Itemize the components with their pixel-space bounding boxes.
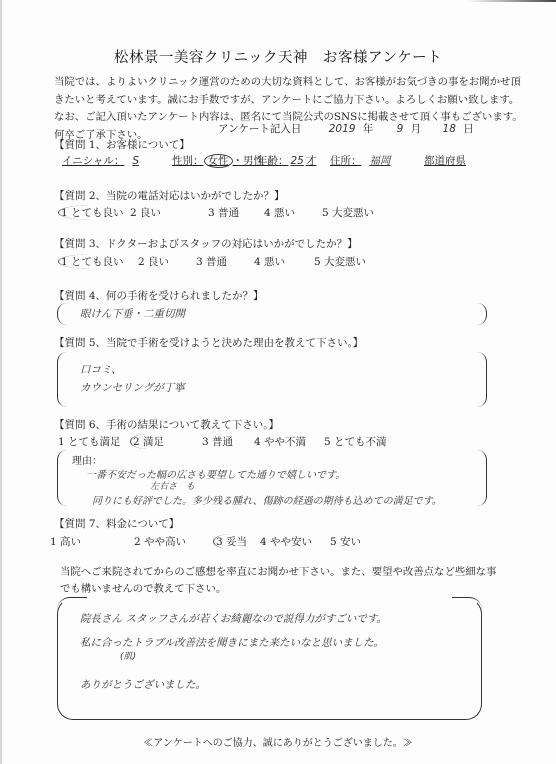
q6-reason-label: 理由： bbox=[72, 452, 102, 467]
q6-option-2[interactable]: 2 満足 bbox=[130, 434, 164, 449]
date-day: 18 bbox=[443, 123, 456, 135]
footer-thanks: ≪アンケートへのご協力、誠にありがとうございました。≫ bbox=[0, 734, 556, 749]
q6-option-1[interactable]: 1 とても満足 bbox=[58, 434, 121, 449]
feedback-box[interactable]: 院長さん スタッフさんが若くお綺麗なので説得力がすごいです。 私に合ったトラブル… bbox=[57, 598, 482, 720]
address-value: 福岡 bbox=[370, 155, 391, 167]
q7-option-3[interactable]: 3 妥当 bbox=[213, 534, 247, 549]
q2-option-3[interactable]: 3 普通 bbox=[208, 205, 239, 220]
q6-reason-line-1: 一番不安だった幅の広さも要望してた通りで嬉しいです。 bbox=[86, 466, 345, 481]
q4-answer: 眼けん下垂・二重切開 bbox=[80, 306, 185, 321]
q7-option-4[interactable]: 4 やや安い bbox=[260, 534, 312, 549]
address-field[interactable]: 住所：福岡 bbox=[330, 153, 391, 168]
day-unit: 日 bbox=[463, 123, 474, 135]
q5-answer-line-1: 口コミ、 bbox=[80, 362, 122, 377]
initial-field[interactable]: イニシャル：S bbox=[62, 153, 160, 168]
date-month: 9 bbox=[397, 123, 404, 135]
gender-field[interactable]: 性別：女性・男性 bbox=[172, 153, 264, 168]
q5-heading: 【質問 5、当院で手術を受けようと決めた理由を教えて下さい。】 bbox=[54, 335, 363, 350]
q6-option-5[interactable]: 5 とても不満 bbox=[324, 434, 387, 449]
q4-answer-box[interactable]: 眼けん下垂・二重切開 bbox=[57, 303, 487, 325]
year-unit: 年 bbox=[363, 123, 374, 135]
scan-edge bbox=[0, 0, 2, 764]
date-year: 2019 bbox=[329, 123, 356, 135]
survey-date: アンケート記入日 2019 年 9 月 18 日 bbox=[218, 121, 478, 136]
prefecture-suffix: 都道府県 bbox=[424, 153, 466, 168]
q4-heading: 【質問 4、何の手術を受けられましたか？】 bbox=[54, 288, 264, 303]
q1-heading: 【質問 1、お客様について】 bbox=[54, 137, 190, 152]
q7-option-2[interactable]: 2 やや高い bbox=[134, 534, 186, 549]
address-label: 住所： bbox=[330, 155, 362, 167]
document-title: 松林景一美容クリニック天神 お客様アンケート bbox=[0, 46, 556, 67]
scan-shadow bbox=[466, 0, 556, 2]
date-label: アンケート記入日 bbox=[218, 123, 301, 135]
feedback-line-1: 院長さん スタッフさんが若くお綺麗なので説得力がすごいです。 bbox=[80, 611, 387, 626]
q3-heading: 【質問 3、ドクターおよびスタッフの対応はいかがでしたか？】 bbox=[54, 236, 358, 251]
gender-separator: ・ bbox=[233, 155, 244, 167]
q7-option-5[interactable]: 5 安い bbox=[330, 534, 361, 549]
q5-answer-line-2: カウンセリングが丁寧 bbox=[80, 380, 185, 395]
q3-option-3[interactable]: 3 普通 bbox=[196, 254, 227, 269]
q2-option-1[interactable]: 1 とても良い bbox=[58, 205, 124, 220]
q2-option-5[interactable]: 5 大変悪い bbox=[322, 205, 374, 220]
q2-heading: 【質問 2、当院の電話対応はいかがでしたか？】 bbox=[54, 188, 285, 203]
age-field[interactable]: 年齢：25才 bbox=[257, 153, 316, 168]
q2-option-4[interactable]: 4 悪い bbox=[264, 205, 295, 220]
feedback-line-3: ありがとうございました。 bbox=[80, 677, 206, 692]
q6-heading: 【質問 6、手術の結果について教えて下さい。】 bbox=[54, 417, 279, 432]
feedback-line-2-note: (肌) bbox=[120, 649, 136, 662]
q6-reason-line-2: 同りにも好評でした。多少残る腫れ、傷跡の経過の期待も込めての満足です。 bbox=[92, 492, 442, 507]
feedback-prompt: 当院へご来院されてからのご感想を率直にお聞かせ下さい。また、要望や改善点など些細… bbox=[60, 564, 500, 598]
q3-option-5[interactable]: 5 大変悪い bbox=[314, 254, 366, 269]
q7-option-1[interactable]: 1 高い bbox=[50, 534, 81, 549]
q6-option-3[interactable]: 3 普通 bbox=[202, 434, 233, 449]
initial-label: イニシャル： bbox=[62, 155, 124, 167]
age-label: 年齢： bbox=[257, 155, 289, 167]
month-unit: 月 bbox=[411, 123, 422, 135]
q3-option-1[interactable]: 1 とても良い bbox=[58, 254, 124, 269]
q1-fields: イニシャル：S 性別：女性・男性 年齢：25才 住所：福岡 都道府県 bbox=[60, 153, 520, 169]
age-unit: 才 bbox=[306, 155, 317, 167]
q6-reason-note: 左右さ も bbox=[150, 479, 195, 492]
age-value: 25 bbox=[291, 155, 304, 167]
gender-female-option[interactable]: 女性 bbox=[204, 154, 233, 168]
q3-option-4[interactable]: 4 悪い bbox=[254, 254, 285, 269]
q2-option-2[interactable]: 2 良い bbox=[130, 205, 161, 220]
q7-heading: 【質問 7、料金について】 bbox=[54, 516, 179, 531]
q3-option-2[interactable]: 2 良い bbox=[138, 254, 169, 269]
initial-value: S bbox=[132, 155, 139, 167]
feedback-line-2: 私に合ったトラブル改善法を聞きにまた来たいなと思いました。 bbox=[80, 635, 384, 650]
q6-reason-box[interactable]: 理由： 一番不安だった幅の広さも要望してた通りで嬉しいです。 左右さ も 同りに… bbox=[57, 450, 487, 506]
q6-option-4[interactable]: 4 やや不満 bbox=[254, 434, 306, 449]
gender-label: 性別： bbox=[172, 155, 204, 167]
q5-answer-box[interactable]: 口コミ、 カウンセリングが丁寧 bbox=[57, 352, 487, 407]
